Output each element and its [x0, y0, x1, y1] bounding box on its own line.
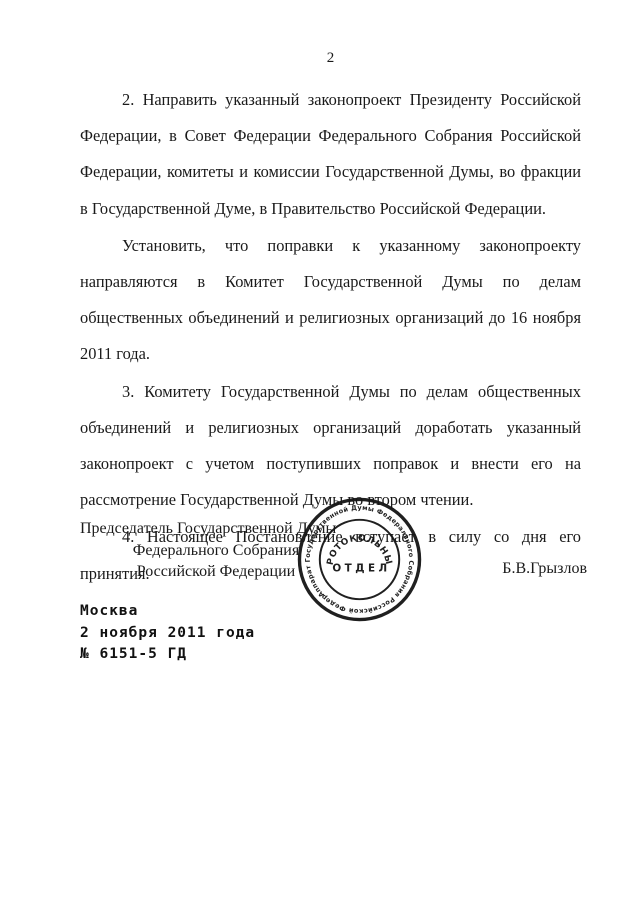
- footer-doc-number: № 6151-5 ГД: [80, 644, 255, 666]
- stamp-outer-ring: [299, 499, 419, 619]
- paragraph-amendments-deadline: Установить, что поправки к указанному за…: [80, 228, 581, 373]
- stamp-center-line-2: ОТДЕЛ: [332, 562, 390, 574]
- footer-date: 2 ноября 2011 года: [80, 623, 255, 645]
- paragraph-2-direct: 2. Направить указанный законопроект През…: [80, 82, 581, 227]
- signatory-name: Б.В.Грызлов: [502, 560, 587, 578]
- document-page: 2 2. Направить указанный законопроект Пр…: [0, 0, 640, 905]
- protocol-department-stamp-icon: Аппарат Государственной Думы Федеральног…: [296, 496, 423, 623]
- page-number: 2: [80, 50, 581, 67]
- footer-city: Москва: [80, 601, 255, 623]
- footer-block: Москва 2 ноября 2011 года № 6151-5 ГД: [80, 601, 255, 666]
